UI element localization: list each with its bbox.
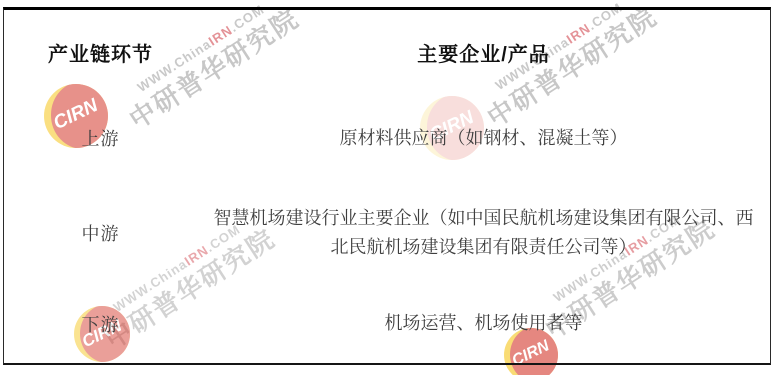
segment-upstream: 上游 [4,94,197,182]
industry-chain-table: 产业链环节 主要企业/产品 上游 原材料供应商（如钢材、混凝土等） 中游 智慧机… [4,10,770,363]
midstream-content: 智慧机场建设行业主要企业（如中国民航机场建设集团有限公司、西北民航机场建设集团有… [197,182,770,284]
table-header-row: 产业链环节 主要企业/产品 [4,10,770,94]
table-row: 中游 智慧机场建设行业主要企业（如中国民航机场建设集团有限公司、西北民航机场建设… [4,182,770,284]
segment-downstream: 下游 [4,284,197,363]
table-row: 上游 原材料供应商（如钢材、混凝土等） [4,94,770,182]
report-table-page: WWW.ChinaIRN.COM 中研普华研究院 WWW.ChinaIRN.CO… [0,0,776,375]
table-row: 下游 机场运营、机场使用者等 [4,284,770,363]
upstream-content: 原材料供应商（如钢材、混凝土等） [197,94,770,182]
column-header-enterprises: 主要企业/产品 [197,10,770,94]
downstream-content: 机场运营、机场使用者等 [197,284,770,363]
column-header-segment: 产业链环节 [4,10,197,94]
segment-midstream: 中游 [4,182,197,284]
industry-chain-table-frame: 产业链环节 主要企业/产品 上游 原材料供应商（如钢材、混凝土等） 中游 智慧机… [3,7,771,365]
